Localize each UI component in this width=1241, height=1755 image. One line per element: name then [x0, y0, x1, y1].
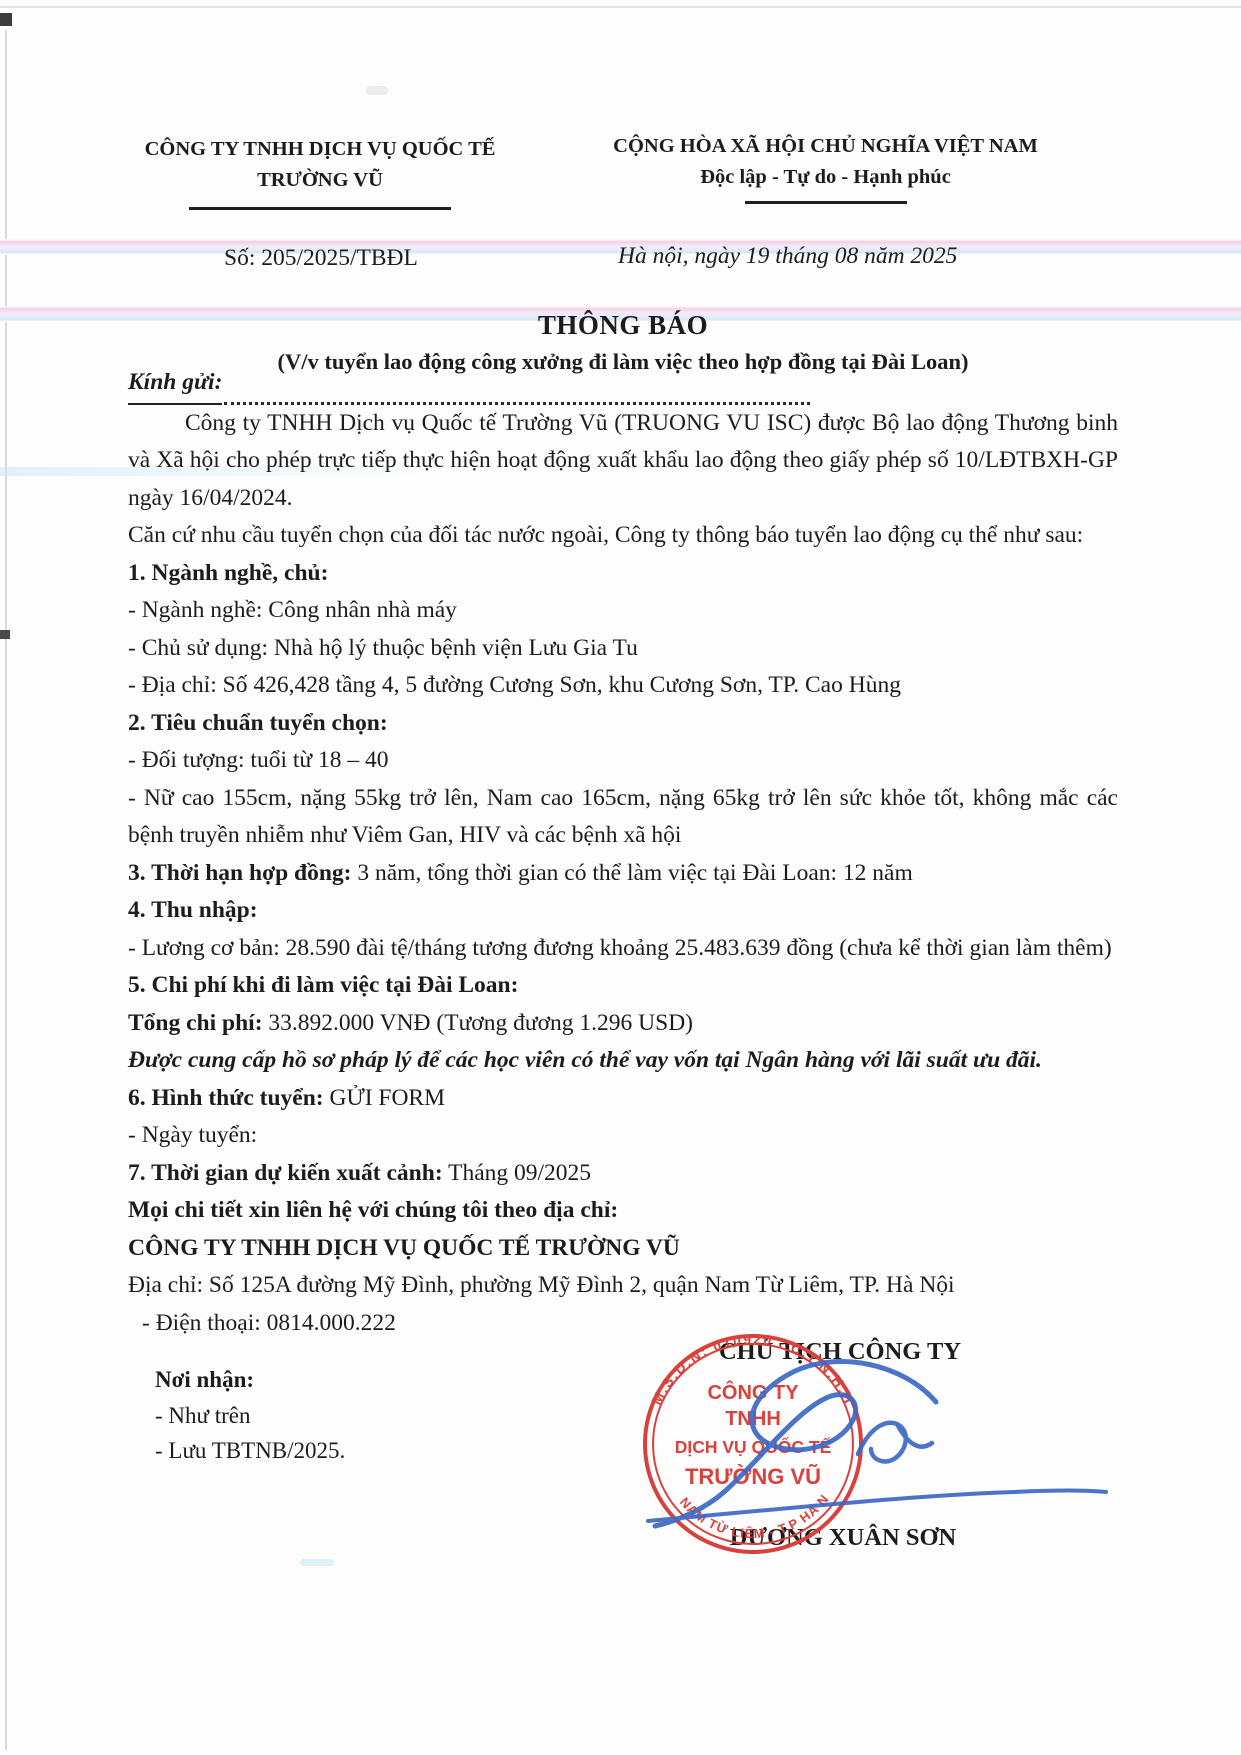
- section-3-heading: 3. Thời hạn hợp đồng:: [128, 860, 352, 886]
- basis-line: Căn cứ nhu cầu tuyển chọn của đối tác nư…: [128, 517, 1118, 555]
- recipients-label: Nơi nhận:: [155, 1362, 345, 1398]
- section-5-heading: 5. Chi phí khi đi làm việc tại Đài Loan:: [128, 967, 1118, 1005]
- section-1-heading: 1. Ngành nghề, chủ:: [128, 555, 1118, 593]
- section-2-item: - Nữ cao 155cm, nặng 55kg trở lên, Nam c…: [128, 780, 1118, 855]
- dotted-leader: [224, 373, 810, 405]
- national-title: CỘNG HÒA XÃ HỘI CHỦ NGHĨA VIỆT NAM: [598, 131, 1053, 162]
- national-motto: Độc lập - Tự do - Hạnh phúc: [598, 162, 1053, 193]
- seal-text-line4: TRƯỜNG VŨ: [685, 1464, 821, 1489]
- company-name-line1: CÔNG TY TNHH DỊCH VỤ QUỐC TẾ: [128, 134, 512, 165]
- company-seal-and-signature: M.S.D.N: 010920 . C.T.N.H.H ★ Q. NAM TỪ …: [560, 1290, 1150, 1620]
- section-7-line: 7. Thời gian dự kiến xuất cảnh: Tháng 09…: [128, 1155, 1118, 1193]
- scan-corner-mark: [0, 13, 12, 26]
- section-1-item: - Ngành nghề: Công nhân nhà máy: [128, 592, 1118, 630]
- section-4-item: - Lương cơ bản: 28.590 đài tệ/tháng tươn…: [128, 930, 1118, 968]
- issuing-company-block: CÔNG TY TNHH DỊCH VỤ QUỐC TẾ TRƯỜNG VŨ: [128, 134, 512, 210]
- scan-top-edge: [0, 6, 1241, 8]
- section-1-item: - Chủ sử dụng: Nhà hộ lý thuộc bệnh viện…: [128, 630, 1118, 668]
- salutation-row: Kính gửi:: [128, 367, 1118, 405]
- intro-paragraph: Công ty TNHH Dịch vụ Quốc tế Trường Vũ (…: [128, 405, 1118, 518]
- header-rule: [745, 201, 907, 204]
- contact-company-line: CÔNG TY TNHH DỊCH VỤ QUỐC TẾ TRƯỜNG VŨ: [128, 1230, 1118, 1268]
- section-2-item: - Đối tượng: tuổi từ 18 – 40: [128, 742, 1118, 780]
- company-name-line2: TRƯỜNG VŨ: [128, 165, 512, 196]
- recipients-item: - Như trên: [155, 1398, 345, 1434]
- recipients-item: - Lưu TBTNB/2025.: [155, 1433, 345, 1469]
- seal-text-line1: CÔNG TY: [707, 1380, 799, 1404]
- section-3-text: 3 năm, tổng thời gian có thể làm việc tạ…: [352, 860, 913, 886]
- document-title: THÔNG BÁO: [128, 310, 1118, 341]
- seal-rim-bottom-text: ★ Q. NAM TỪ LIÊM - T.P HÀ NỘI ★: [560, 1290, 832, 1541]
- scan-left-edge: [5, 30, 7, 1750]
- national-motto-block: CỘNG HÒA XÃ HỘI CHỦ NGHĨA VIỆT NAM Độc l…: [598, 131, 1053, 204]
- total-cost-text: 33.892.000 VNĐ (Tương đương 1.296 USD): [263, 1010, 693, 1036]
- svg-text:★ Q. NAM TỪ LIÊM - T.P HÀ NỘI: ★ Q. NAM TỪ LIÊM - T.P HÀ NỘI ★: [560, 1290, 832, 1541]
- section-2-heading: 2. Tiêu chuẩn tuyển chọn:: [128, 705, 1118, 743]
- section-7-heading: 7. Thời gian dự kiến xuất cảnh:: [128, 1160, 443, 1186]
- section-5-total-line: Tổng chi phí: 33.892.000 VNĐ (Tương đươn…: [128, 1005, 1118, 1043]
- date-line: Hà nội, ngày 19 tháng 08 năm 2025: [618, 243, 957, 270]
- loan-note-line: Được cung cấp hồ sơ pháp lý để các học v…: [128, 1042, 1118, 1080]
- section-6-text: GỬI FORM: [324, 1085, 445, 1111]
- document-page: CÔNG TY TNHH DỊCH VỤ QUỐC TẾ TRƯỜNG VŨ C…: [0, 0, 1241, 1755]
- section-1-item: - Địa chỉ: Số 426,428 tầng 4, 5 đường Cư…: [128, 667, 1118, 705]
- section-6-item: - Ngày tuyển:: [128, 1117, 1118, 1155]
- section-3-line: 3. Thời hạn hợp đồng: 3 năm, tổng thời g…: [128, 855, 1118, 893]
- section-6-heading: 6. Hình thức tuyển:: [128, 1085, 324, 1111]
- section-6-line: 6. Hình thức tuyển: GỬI FORM: [128, 1080, 1118, 1118]
- salutation-label: Kính gửi:: [128, 364, 222, 405]
- section-4-heading: 4. Thu nhập:: [128, 892, 1118, 930]
- document-number: Số: 205/2025/TBĐL: [224, 245, 418, 272]
- recipients-block: Nơi nhận: - Như trên - Lưu TBTNB/2025.: [155, 1362, 345, 1469]
- scan-smudge: [366, 86, 388, 95]
- document-body: Kính gửi: Công ty TNHH Dịch vụ Quốc tế T…: [128, 367, 1118, 1342]
- section-7-text: Tháng 09/2025: [443, 1160, 591, 1186]
- scan-edge-dash: [0, 630, 10, 639]
- contact-intro-line: Mọi chi tiết xin liên hệ với chúng tôi t…: [128, 1192, 1118, 1230]
- header-rule: [189, 207, 451, 210]
- scan-smudge: [300, 1559, 334, 1566]
- company-seal: M.S.D.N: 010920 . C.T.N.H.H ★ Q. NAM TỪ …: [560, 1290, 861, 1552]
- total-cost-label: Tổng chi phí:: [128, 1010, 263, 1036]
